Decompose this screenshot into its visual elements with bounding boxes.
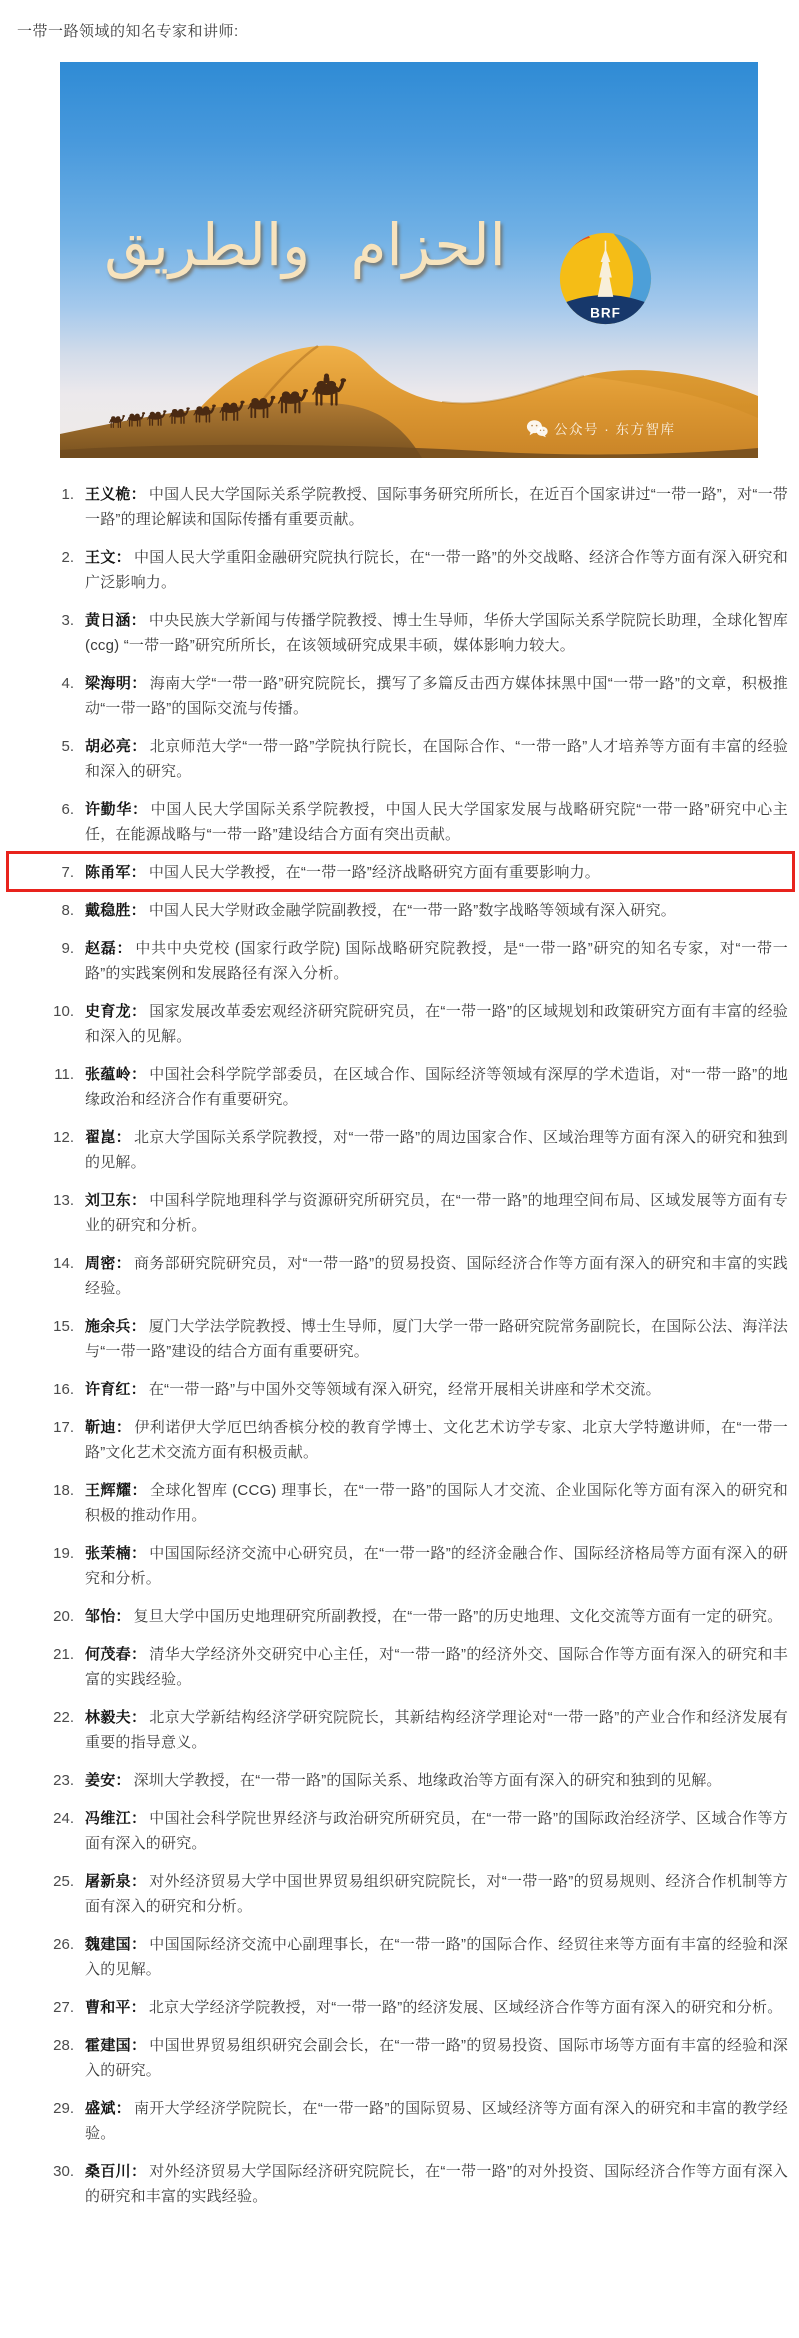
expert-item: 23. 姜安：深圳大学教授，在“一带一路”的国际关系、地缘政治等方面有深入的研究… (52, 1768, 788, 1793)
expert-number: 18. (52, 1478, 74, 1528)
expert-item: 11. 张蕴岭：中国社会科学院学部委员，在区域合作、国际经济等领域有深厚的学术造… (52, 1062, 788, 1112)
expert-number: 10. (52, 999, 74, 1049)
expert-text: 许勤华：中国人民大学国际关系学院教授，中国人民大学国家发展与战略研究院“一带一路… (85, 797, 788, 847)
name-separator: ： (131, 1709, 146, 1726)
expert-description: 国家发展改革委宏观经济研究院研究员，在“一带一路”的区域规划和政策研究方面有丰富… (85, 1003, 788, 1045)
expert-description: 对外经济贸易大学中国世界贸易组织研究院院长，对“一带一路”的贸易规则、经济合作机… (85, 1873, 788, 1915)
name-separator: ： (116, 1419, 131, 1436)
expert-item: 22. 林毅夫：北京大学新结构经济学研究院院长，其新结构经济学理论对“一带一路”… (52, 1705, 788, 1755)
expert-name: 周密 (85, 1255, 116, 1272)
expert-text: 翟崑：北京大学国际关系学院教授，对“一带一路”的周边国家合作、区域治理等方面有深… (85, 1125, 788, 1175)
expert-description: 在“一带一路”与中国外交等领域有深入研究，经常开展相关讲座和学术交流。 (149, 1381, 661, 1398)
expert-number: 5. (52, 734, 74, 784)
expert-text: 屠新泉：对外经济贸易大学中国世界贸易组织研究院院长，对“一带一路”的贸易规则、经… (85, 1869, 788, 1919)
expert-item: 14. 周密：商务部研究院研究员，对“一带一路”的贸易投资、国际经济合作等方面有… (52, 1251, 788, 1301)
expert-description: 中国社会科学院世界经济与政治研究所研究员，在“一带一路”的国际政治经济学、区域合… (85, 1810, 788, 1852)
page-title: 一带一路领域的知名专家和讲师: (17, 20, 799, 41)
expert-name: 魏建国 (85, 1936, 131, 1953)
expert-number: 11. (52, 1062, 74, 1112)
expert-description: 对外经济贸易大学国际经济研究院院长，在“一带一路”的对外投资、国际经济合作等方面… (85, 2163, 788, 2205)
expert-name: 曹和平 (85, 1999, 131, 2016)
expert-description: 中央民族大学新闻与传播学院教授、博士生导师，华侨大学国际关系学院院长助理，全球化… (85, 612, 788, 654)
expert-text: 林毅夫：北京大学新结构经济学研究院院长，其新结构经济学理论对“一带一路”的产业合… (85, 1705, 788, 1755)
expert-text: 曹和平：北京大学经济学院教授，对“一带一路”的经济发展、区域经济合作等方面有深入… (85, 1995, 788, 2020)
expert-number: 30. (52, 2159, 74, 2209)
expert-description: 北京师范大学“一带一路”学院执行院长，在国际合作、“一带一路”人才培养等方面有丰… (85, 738, 788, 780)
expert-name: 王义桅 (85, 486, 131, 503)
expert-number: 8. (52, 898, 74, 923)
name-separator: ： (131, 864, 146, 881)
name-separator: ： (131, 1381, 146, 1398)
expert-name: 许育红 (85, 1381, 131, 1398)
expert-number: 12. (52, 1125, 74, 1175)
expert-number: 16. (52, 1377, 74, 1402)
name-separator: ： (117, 940, 133, 957)
arabic-title: الحزام والطريق (70, 214, 540, 278)
name-separator: ： (132, 801, 148, 818)
expert-number: 23. (52, 1768, 74, 1793)
expert-text: 魏建国：中国国际经济交流中心副理事长，在“一带一路”的国际合作、经贸往来等方面有… (85, 1932, 788, 1982)
expert-text: 许育红：在“一带一路”与中国外交等领域有深入研究，经常开展相关讲座和学术交流。 (85, 1377, 788, 1402)
expert-item: 10. 史育龙：国家发展改革委宏观经济研究院研究员，在“一带一路”的区域规划和政… (52, 999, 788, 1049)
expert-number: 13. (52, 1188, 74, 1238)
expert-item: 7. 陈甬军：中国人民大学教授，在“一带一路”经济战略研究方面有重要影响力。 (52, 860, 788, 885)
expert-number: 27. (52, 1995, 74, 2020)
expert-item: 1. 王义桅：中国人民大学国际关系学院教授、国际事务研究所所长，在近百个国家讲过… (52, 482, 788, 532)
expert-number: 22. (52, 1705, 74, 1755)
expert-number: 24. (52, 1806, 74, 1856)
expert-description: 伊利诺伊大学厄巴纳香槟分校的教育学博士、文化艺术访学专家、北京大学特邀讲师，在“… (85, 1419, 788, 1461)
name-separator: ： (131, 1873, 146, 1890)
expert-description: 中国人民大学财政金融学院副教授，在“一带一路”数字战略等领域有深入研究。 (149, 902, 676, 919)
name-separator: ： (131, 1545, 146, 1562)
expert-text: 盛斌：南开大学经济学院院长，在“一带一路”的国际贸易、区域经济等方面有深入的研究… (85, 2096, 788, 2146)
expert-name: 盛斌 (85, 2100, 116, 2117)
expert-item: 2. 王文：中国人民大学重阳金融研究院执行院长，在“一带一路”的外交战略、经济合… (52, 545, 788, 595)
expert-number: 6. (52, 797, 74, 847)
name-separator: ： (131, 1999, 146, 2016)
brf-logo: BRF (557, 230, 654, 327)
expert-text: 梁海明：海南大学“一带一路”研究院院长，撰写了多篇反击西方媒体抹黑中国“一带一路… (85, 671, 788, 721)
expert-name: 戴稳胜 (85, 902, 131, 919)
expert-item: 17. 靳迪：伊利诺伊大学厄巴纳香槟分校的教育学博士、文化艺术访学专家、北京大学… (52, 1415, 788, 1465)
expert-description: 商务部研究院研究员，对“一带一路”的贸易投资、国际经济合作等方面有深入的研究和丰… (85, 1255, 788, 1297)
experts-list: 1. 王义桅：中国人民大学国际关系学院教授、国际事务研究所所长，在近百个国家讲过… (52, 482, 788, 2209)
expert-item: 26. 魏建国：中国国际经济交流中心副理事长，在“一带一路”的国际合作、经贸往来… (52, 1932, 788, 1982)
expert-text: 刘卫东：中国科学院地理科学与资源研究所研究员，在“一带一路”的地理空间布局、区域… (85, 1188, 788, 1238)
expert-item: 19. 张茉楠：中国国际经济交流中心研究员，在“一带一路”的经济金融合作、国际经… (52, 1541, 788, 1591)
expert-description: 清华大学经济外交研究中心主任，对“一带一路”的经济外交、国际合作等方面有深入的研… (85, 1646, 788, 1688)
hero-image: الحزام والطريق BRF (60, 62, 758, 458)
expert-name: 霍建国 (85, 2037, 131, 2054)
name-separator: ： (131, 486, 146, 503)
expert-text: 胡必亮：北京师范大学“一带一路”学院执行院长，在国际合作、“一带一路”人才培养等… (85, 734, 788, 784)
expert-number: 14. (52, 1251, 74, 1301)
expert-text: 姜安：深圳大学教授，在“一带一路”的国际关系、地缘政治等方面有深入的研究和独到的… (85, 1768, 788, 1793)
expert-name: 黄日涵 (85, 612, 131, 629)
expert-number: 29. (52, 2096, 74, 2146)
expert-text: 施余兵：厦门大学法学院教授、博士生导师，厦门大学一带一路研究院常务副院长，在国际… (85, 1314, 788, 1364)
expert-text: 桑百川：对外经济贸易大学国际经济研究院院长，在“一带一路”的对外投资、国际经济合… (85, 2159, 788, 2209)
expert-description: 全球化智库 (CCG) 理事长，在“一带一路”的国际人才交流、企业国际化等方面有… (85, 1482, 788, 1524)
expert-item: 9. 赵磊：中共中央党校 (国家行政学院) 国际战略研究院教授，是“一带一路”研… (52, 936, 788, 986)
expert-text: 张蕴岭：中国社会科学院学部委员，在区域合作、国际经济等领域有深厚的学术造诣，对“… (85, 1062, 788, 1112)
expert-description: 中国人民大学重阳金融研究院执行院长，在“一带一路”的外交战略、经济合作等方面有深… (85, 549, 788, 591)
name-separator: ： (131, 2163, 146, 2180)
expert-number: 21. (52, 1642, 74, 1692)
name-separator: ： (131, 1936, 146, 1953)
expert-number: 25. (52, 1869, 74, 1919)
expert-text: 王文：中国人民大学重阳金融研究院执行院长，在“一带一路”的外交战略、经济合作等方… (85, 545, 788, 595)
name-separator: ： (116, 549, 131, 566)
expert-description: 中国国际经济交流中心研究员，在“一带一路”的经济金融合作、国际经济格局等方面有深… (85, 1545, 788, 1587)
expert-name: 王文 (85, 549, 116, 566)
expert-name: 林毅夫 (85, 1709, 131, 1726)
expert-number: 1. (52, 482, 74, 532)
expert-description: 中国人民大学教授，在“一带一路”经济战略研究方面有重要影响力。 (149, 864, 600, 881)
expert-number: 17. (52, 1415, 74, 1465)
expert-description: 海南大学“一带一路”研究院院长，撰写了多篇反击西方媒体抹黑中国“一带一路”的文章… (85, 675, 788, 717)
expert-name: 冯维江 (85, 1810, 131, 1827)
name-separator: ： (116, 1255, 131, 1272)
expert-description: 中国人民大学国际关系学院教授、国际事务研究所所长，在近百个国家讲过“一带一路”，… (85, 486, 788, 528)
expert-item: 4. 梁海明：海南大学“一带一路”研究院院长，撰写了多篇反击西方媒体抹黑中国“一… (52, 671, 788, 721)
expert-text: 史育龙：国家发展改革委宏观经济研究院研究员，在“一带一路”的区域规划和政策研究方… (85, 999, 788, 1049)
name-separator: ： (116, 2100, 131, 2117)
expert-number: 19. (52, 1541, 74, 1591)
expert-item: 27. 曹和平：北京大学经济学院教授，对“一带一路”的经济发展、区域经济合作等方… (52, 1995, 788, 2020)
expert-description: 中国社会科学院学部委员，在区域合作、国际经济等领域有深厚的学术造诣，对“一带一路… (85, 1066, 788, 1108)
expert-number: 2. (52, 545, 74, 595)
expert-item: 15. 施余兵：厦门大学法学院教授、博士生导师，厦门大学一带一路研究院常务副院长… (52, 1314, 788, 1364)
expert-item: 25. 屠新泉：对外经济贸易大学中国世界贸易组织研究院院长，对“一带一路”的贸易… (52, 1869, 788, 1919)
name-separator: ： (131, 1066, 146, 1083)
expert-name: 王辉耀 (85, 1482, 132, 1499)
expert-item: 13. 刘卫东：中国科学院地理科学与资源研究所研究员，在“一带一路”的地理空间布… (52, 1188, 788, 1238)
expert-item: 29. 盛斌：南开大学经济学院院长，在“一带一路”的国际贸易、区域经济等方面有深… (52, 2096, 788, 2146)
expert-description: 中国国际经济交流中心副理事长，在“一带一路”的国际合作、经贸往来等方面有丰富的经… (85, 1936, 788, 1978)
expert-name: 史育龙 (85, 1003, 131, 1020)
name-separator: ： (131, 1318, 146, 1335)
expert-description: 北京大学新结构经济学研究院院长，其新结构经济学理论对“一带一路”的产业合作和经济… (85, 1709, 788, 1751)
expert-text: 靳迪：伊利诺伊大学厄巴纳香槟分校的教育学博士、文化艺术访学专家、北京大学特邀讲师… (85, 1415, 788, 1465)
expert-name: 张茉楠 (85, 1545, 131, 1562)
expert-name: 桑百川 (85, 2163, 131, 2180)
expert-description: 北京大学国际关系学院教授，对“一带一路”的周边国家合作、区域治理等方面有深入的研… (85, 1129, 788, 1171)
expert-item: 20. 邹怡：复旦大学中国历史地理研究所副教授，在“一带一路”的历史地理、文化交… (52, 1604, 788, 1629)
expert-name: 靳迪 (85, 1419, 116, 1436)
name-separator: ： (131, 675, 146, 692)
expert-item: 18. 王辉耀：全球化智库 (CCG) 理事长，在“一带一路”的国际人才交流、企… (52, 1478, 788, 1528)
wechat-icon (526, 419, 548, 438)
expert-name: 胡必亮 (85, 738, 131, 755)
expert-text: 陈甬军：中国人民大学教授，在“一带一路”经济战略研究方面有重要影响力。 (85, 860, 788, 885)
expert-text: 何茂春：清华大学经济外交研究中心主任，对“一带一路”的经济外交、国际合作等方面有… (85, 1642, 788, 1692)
expert-item: 6. 许勤华：中国人民大学国际关系学院教授，中国人民大学国家发展与战略研究院“一… (52, 797, 788, 847)
expert-number: 7. (52, 860, 74, 885)
expert-name: 张蕴岭 (85, 1066, 131, 1083)
expert-name: 屠新泉 (85, 1873, 131, 1890)
expert-description: 南开大学经济学院院长，在“一带一路”的国际贸易、区域经济等方面有深入的研究和丰富… (85, 2100, 788, 2142)
expert-name: 姜安 (85, 1772, 115, 1789)
expert-item: 8. 戴稳胜：中国人民大学财政金融学院副教授，在“一带一路”数字战略等领域有深入… (52, 898, 788, 923)
expert-description: 复旦大学中国历史地理研究所副教授，在“一带一路”的历史地理、文化交流等方面有一定… (134, 1608, 783, 1625)
expert-number: 26. (52, 1932, 74, 1982)
name-separator: ： (131, 1646, 146, 1663)
name-separator: ： (132, 1482, 148, 1499)
expert-item: 12. 翟崑：北京大学国际关系学院教授，对“一带一路”的周边国家合作、区域治理等… (52, 1125, 788, 1175)
expert-text: 周密：商务部研究院研究员，对“一带一路”的贸易投资、国际经济合作等方面有深入的研… (85, 1251, 788, 1301)
watermark: 公众号 · 东方智库 (526, 418, 676, 438)
expert-name: 赵磊 (85, 940, 117, 957)
expert-text: 张茉楠：中国国际经济交流中心研究员，在“一带一路”的经济金融合作、国际经济格局等… (85, 1541, 788, 1591)
name-separator: ： (131, 612, 146, 629)
expert-name: 施余兵 (85, 1318, 131, 1335)
expert-item: 28. 霍建国：中国世界贸易组织研究会副会长，在“一带一路”的贸易投资、国际市场… (52, 2033, 788, 2083)
expert-description: 北京大学经济学院教授，对“一带一路”的经济发展、区域经济合作等方面有深入的研究和… (149, 1999, 783, 2016)
expert-text: 戴稳胜：中国人民大学财政金融学院副教授，在“一带一路”数字战略等领域有深入研究。 (85, 898, 788, 923)
expert-name: 陈甬军 (85, 864, 131, 881)
expert-description: 厦门大学法学院教授、博士生导师，厦门大学一带一路研究院常务副院长，在国际公法、海… (85, 1318, 788, 1360)
expert-description: 中国科学院地理科学与资源研究所研究员，在“一带一路”的地理空间布局、区域发展等方… (85, 1192, 788, 1234)
expert-item: 21. 何茂春：清华大学经济外交研究中心主任，对“一带一路”的经济外交、国际合作… (52, 1642, 788, 1692)
expert-item: 30. 桑百川：对外经济贸易大学国际经济研究院院长，在“一带一路”的对外投资、国… (52, 2159, 788, 2209)
expert-item: 16. 许育红：在“一带一路”与中国外交等领域有深入研究，经常开展相关讲座和学术… (52, 1377, 788, 1402)
expert-name: 许勤华 (85, 801, 132, 818)
name-separator: ： (131, 902, 146, 919)
expert-name: 刘卫东 (85, 1192, 131, 1209)
expert-description: 深圳大学教授，在“一带一路”的国际关系、地缘政治等方面有深入的研究和独到的见解。 (134, 1772, 722, 1789)
expert-number: 4. (52, 671, 74, 721)
expert-text: 冯维江：中国社会科学院世界经济与政治研究所研究员，在“一带一路”的国际政治经济学… (85, 1806, 788, 1856)
name-separator: ： (116, 1129, 131, 1146)
expert-name: 何茂春 (85, 1646, 131, 1663)
expert-number: 28. (52, 2033, 74, 2083)
expert-text: 邹怡：复旦大学中国历史地理研究所副教授，在“一带一路”的历史地理、文化交流等方面… (85, 1604, 788, 1629)
expert-text: 霍建国：中国世界贸易组织研究会副会长，在“一带一路”的贸易投资、国际市场等方面有… (85, 2033, 788, 2083)
expert-text: 王辉耀：全球化智库 (CCG) 理事长，在“一带一路”的国际人才交流、企业国际化… (85, 1478, 788, 1528)
expert-item: 3. 黄日涵：中央民族大学新闻与传播学院教授、博士生导师，华侨大学国际关系学院院… (52, 608, 788, 658)
brf-logo-text: BRF (590, 305, 621, 320)
expert-description: 中共中央党校 (国家行政学院) 国际战略研究院教授，是“一带一路”研究的知名专家… (85, 940, 788, 982)
name-separator: ： (131, 738, 146, 755)
expert-number: 9. (52, 936, 74, 986)
expert-text: 王义桅：中国人民大学国际关系学院教授、国际事务研究所所长，在近百个国家讲过“一带… (85, 482, 788, 532)
name-separator: ： (131, 1810, 146, 1827)
expert-name: 梁海明 (85, 675, 131, 692)
expert-description: 中国世界贸易组织研究会副会长，在“一带一路”的贸易投资、国际市场等方面有丰富的经… (85, 2037, 788, 2079)
expert-name: 邹怡 (85, 1608, 115, 1625)
name-separator: ： (131, 2037, 146, 2054)
name-separator: ： (115, 1608, 130, 1625)
expert-number: 20. (52, 1604, 74, 1629)
expert-text: 赵磊：中共中央党校 (国家行政学院) 国际战略研究院教授，是“一带一路”研究的知… (85, 936, 788, 986)
expert-item: 5. 胡必亮：北京师范大学“一带一路”学院执行院长，在国际合作、“一带一路”人才… (52, 734, 788, 784)
expert-text: 黄日涵：中央民族大学新闻与传播学院教授、博士生导师，华侨大学国际关系学院院长助理… (85, 608, 788, 658)
name-separator: ： (131, 1003, 146, 1020)
expert-name: 翟崑 (85, 1129, 116, 1146)
expert-number: 3. (52, 608, 74, 658)
expert-item: 24. 冯维江：中国社会科学院世界经济与政治研究所研究员，在“一带一路”的国际政… (52, 1806, 788, 1856)
expert-number: 15. (52, 1314, 74, 1364)
article-page: 一带一路领域的知名专家和讲师: (0, 20, 799, 2209)
name-separator: ： (115, 1772, 130, 1789)
watermark-text: 公众号 · 东方智库 (554, 418, 676, 438)
name-separator: ： (131, 1192, 146, 1209)
expert-description: 中国人民大学国际关系学院教授，中国人民大学国家发展与战略研究院“一带一路”研究中… (85, 801, 788, 843)
